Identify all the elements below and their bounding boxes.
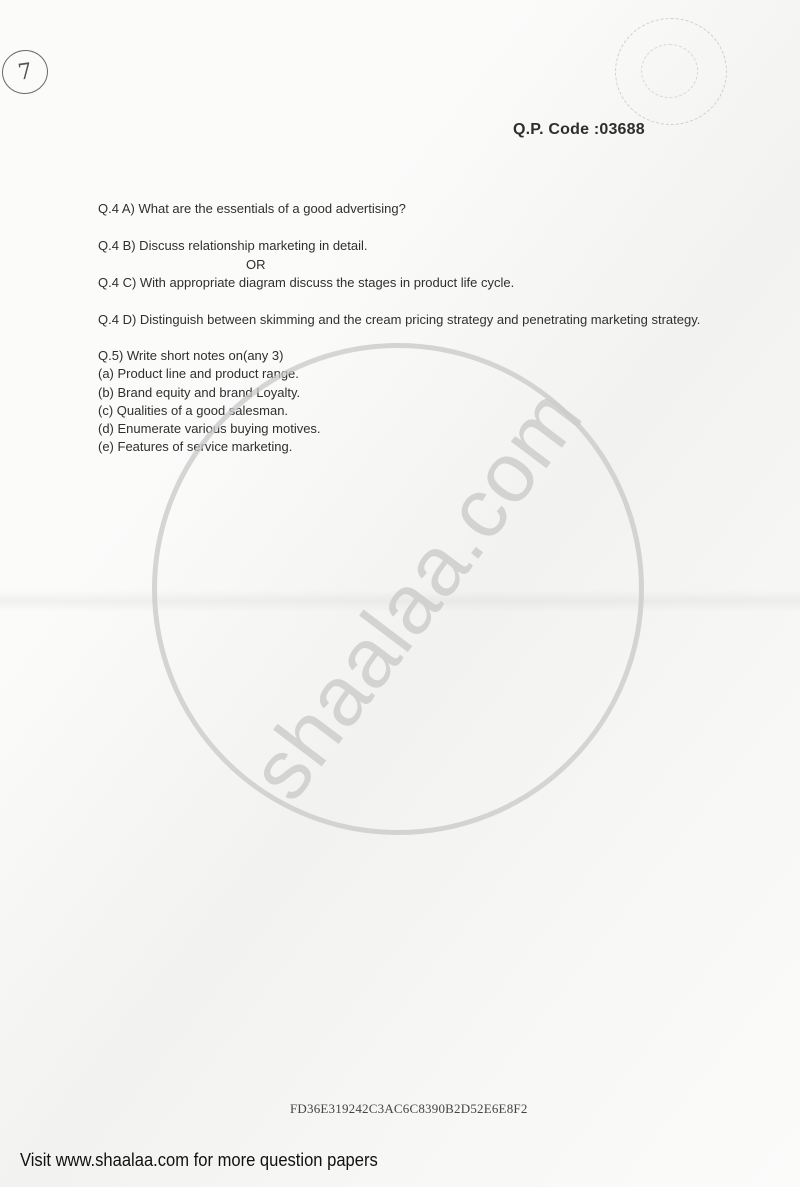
- question-4b: Q.4 B) Discuss relationship marketing in…: [98, 238, 368, 253]
- or-separator: OR: [246, 257, 266, 272]
- stamp-icon: [615, 18, 727, 125]
- hash-code: FD36E319242C3AC6C8390B2D52E6E8F2: [290, 1101, 528, 1117]
- question-4a: Q.4 A) What are the essentials of a good…: [98, 201, 406, 216]
- question-4c: Q.4 C) With appropriate diagram discuss …: [98, 275, 514, 290]
- qp-code: Q.P. Code :03688: [513, 121, 645, 139]
- page-number-circle: 7: [0, 47, 51, 97]
- page-number: 7: [16, 59, 33, 86]
- question-4d: Q.4 D) Distinguish between skimming and …: [98, 312, 700, 327]
- footer-link[interactable]: Visit www.shaalaa.com for more question …: [20, 1150, 378, 1171]
- short-notes-heading: Q.5) Write short notes on(any 3): [98, 347, 321, 365]
